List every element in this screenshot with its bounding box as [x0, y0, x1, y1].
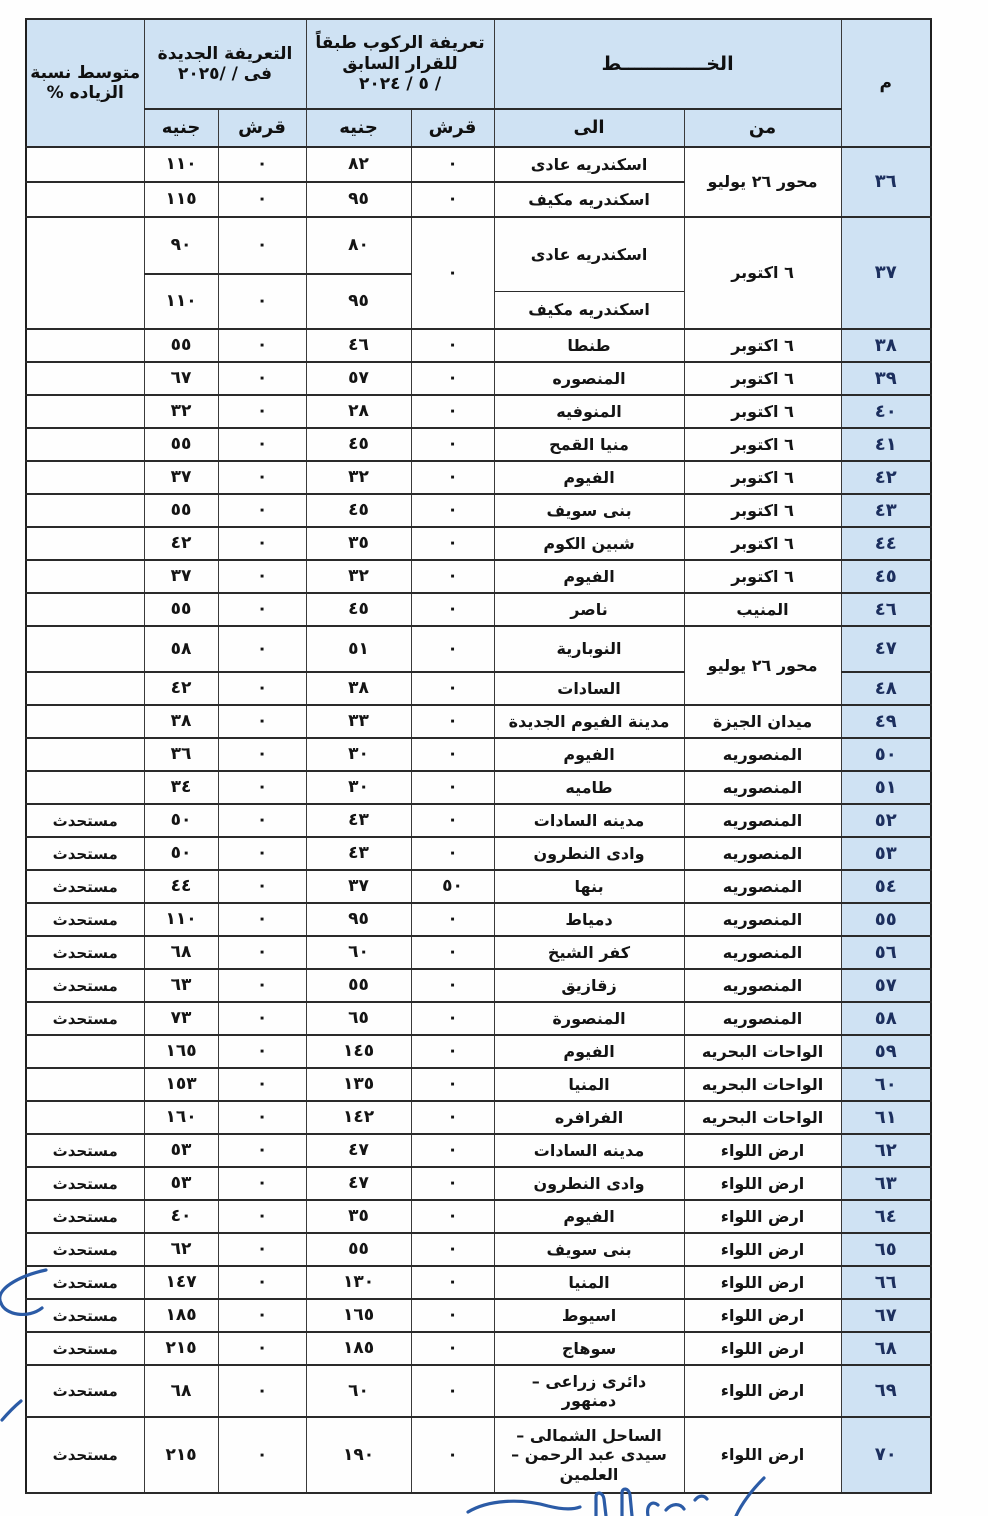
old-fare-pound-cell: ٣٠: [306, 738, 411, 771]
table-row: ٤٠٦ اكتوبرالمنوفيه٠٢٨٠٣٢: [26, 395, 931, 428]
old-fare-pound-cell: ١٤٥: [306, 1035, 411, 1068]
to-cell: كفر الشيخ: [494, 936, 684, 969]
from-cell: المنصوريه: [684, 903, 841, 936]
old-fare-qirsh-cell: ٠: [411, 1035, 494, 1068]
from-cell: ميدان الجيزة: [684, 705, 841, 738]
row-number-cell: ٦٢: [841, 1134, 931, 1167]
new-fare-pound-cell: ٤٢: [144, 672, 218, 705]
to-cell: شبين الكوم: [494, 527, 684, 560]
header-old-qirsh: قرش: [411, 109, 494, 147]
to-cell-line: الساحل الشمالى –: [497, 1426, 682, 1445]
new-fare-qirsh-cell: ٠: [218, 1101, 306, 1134]
new-fare-pound-cell: ٣٤: [144, 771, 218, 804]
old-fare-pound-cell: ٩٥: [306, 903, 411, 936]
table-row: ٦٤ارض اللواءالفيوم٠٣٥٠٤٠مستحدث: [26, 1200, 931, 1233]
table-row: ٥٧المنصوريهزقازيق٠٥٥٠٦٣مستحدث: [26, 969, 931, 1002]
old-fare-pound-cell: ٨٢: [306, 147, 411, 182]
row-number-cell: ٥١: [841, 771, 931, 804]
new-fare-pound-cell: ١٤٧: [144, 1266, 218, 1299]
old-fare-pound-cell: ٣٢: [306, 560, 411, 593]
from-cell: المنصوريه: [684, 837, 841, 870]
old-fare-pound-cell: ٣٣: [306, 705, 411, 738]
from-cell: ٦ اكتوبر: [684, 362, 841, 395]
new-fare-qirsh-cell: ٠: [218, 738, 306, 771]
old-fare-pound-cell: ٣٥: [306, 1200, 411, 1233]
table-row: ٥٢المنصوريهمدينه السادات٠٤٣٠٥٠مستحدث: [26, 804, 931, 837]
to-cell-line: سيدى عبد الرحمن –: [497, 1445, 682, 1464]
old-fare-pound-cell: ١٦٥: [306, 1299, 411, 1332]
new-fare-pound-cell: ١١٠: [144, 147, 218, 182]
old-fare-pound-cell: ١٩٠: [306, 1417, 411, 1493]
row-number-cell: ٥٧: [841, 969, 931, 1002]
from-cell: ٦ اكتوبر: [684, 461, 841, 494]
from-cell: الواحات البحريه: [684, 1101, 841, 1134]
pct-increase-cell: مستحدث: [26, 1200, 144, 1233]
header-new-fare-line1: التعريفة الجديدة: [147, 44, 304, 64]
row-number-cell: ٤٣: [841, 494, 931, 527]
new-fare-qirsh-cell: ٠: [218, 1233, 306, 1266]
from-cell: ٦ اكتوبر: [684, 329, 841, 362]
from-cell: ارض اللواء: [684, 1417, 841, 1493]
pct-increase-cell: [26, 527, 144, 560]
row-number-cell: ٤٦: [841, 593, 931, 626]
from-cell: ارض اللواء: [684, 1299, 841, 1332]
from-cell: ارض اللواء: [684, 1200, 841, 1233]
new-fare-pound-cell: ٣٢: [144, 395, 218, 428]
pct-increase-cell: مستحدث: [26, 936, 144, 969]
new-fare-pound-cell: ٤٤: [144, 870, 218, 903]
to-cell: المنصوره: [494, 362, 684, 395]
from-cell: الواحات البحريه: [684, 1068, 841, 1101]
old-fare-pound-cell: ٤٣: [306, 837, 411, 870]
new-fare-pound-cell: ٦٢: [144, 1233, 218, 1266]
header-old-fare: تعريفة الركوب طبقاً للقرار السابق / ٥ / …: [306, 19, 494, 109]
to-cell: الفيوم: [494, 1200, 684, 1233]
new-fare-qirsh-cell: ٠: [218, 182, 306, 217]
pct-increase-cell: مستحدث: [26, 1266, 144, 1299]
new-fare-qirsh-cell: ٠: [218, 1332, 306, 1365]
new-fare-pound-cell: ١١٠: [144, 274, 218, 329]
from-cell: المنصوريه: [684, 1002, 841, 1035]
row-number-cell: ٥٦: [841, 936, 931, 969]
row-number-cell: ٤٠: [841, 395, 931, 428]
to-cell-line: دائرى زراعى –: [497, 1372, 682, 1391]
table-row: ٣٨٦ اكتوبرطنطا٠٤٦٠٥٥: [26, 329, 931, 362]
to-cell: ناصر: [494, 593, 684, 626]
new-fare-pound-cell: ٣٧: [144, 461, 218, 494]
old-fare-pound-cell: ٤٧: [306, 1134, 411, 1167]
signature-stroke-5: [666, 1505, 684, 1510]
new-fare-qirsh-cell: ٠: [218, 593, 306, 626]
old-fare-pound-cell: ٦٠: [306, 936, 411, 969]
table-row: ٤٥٦ اكتوبرالفيوم٠٣٢٠٣٧: [26, 560, 931, 593]
row-number-cell: ٥٢: [841, 804, 931, 837]
old-fare-pound-cell: ١٣٥: [306, 1068, 411, 1101]
table-row: ٤٤٦ اكتوبرشبين الكوم٠٣٥٠٤٢: [26, 527, 931, 560]
new-fare-pound-cell: ٥٥: [144, 329, 218, 362]
old-fare-qirsh-cell: ٠: [411, 217, 494, 329]
new-fare-qirsh-cell: ٠: [218, 1365, 306, 1417]
table-row: ٤٧محور ٢٦ يوليوالنوبارية٠٥١٠٥٨: [26, 626, 931, 672]
old-fare-qirsh-cell: ٠: [411, 428, 494, 461]
row-number-cell: ٤٥: [841, 560, 931, 593]
pct-increase-cell: [26, 461, 144, 494]
row-number-cell: ٤٤: [841, 527, 931, 560]
new-fare-qirsh-cell: ٠: [218, 527, 306, 560]
new-fare-pound-cell: ٧٣: [144, 1002, 218, 1035]
row-number-cell: ٦٩: [841, 1365, 931, 1417]
row-number-cell: ٣٨: [841, 329, 931, 362]
row-number-cell: ٤١: [841, 428, 931, 461]
table-row: ٦١الواحات البحريهالفرافره٠١٤٢٠١٦٠: [26, 1101, 931, 1134]
old-fare-qirsh-cell: ٠: [411, 771, 494, 804]
row-number-cell: ٦٣: [841, 1167, 931, 1200]
old-fare-qirsh-cell: ٠: [411, 1101, 494, 1134]
new-fare-qirsh-cell: ٠: [218, 1417, 306, 1493]
new-fare-pound-cell: ١٨٥: [144, 1299, 218, 1332]
old-fare-qirsh-cell: ٠: [411, 362, 494, 395]
old-fare-qirsh-cell: ٠: [411, 1417, 494, 1493]
pct-increase-cell: مستحدث: [26, 1417, 144, 1493]
to-cell: المنيا: [494, 1068, 684, 1101]
row-number-cell: ٦١: [841, 1101, 931, 1134]
to-cell: المنوفيه: [494, 395, 684, 428]
old-fare-qirsh-cell: ٠: [411, 560, 494, 593]
signature-stroke-6: [695, 1496, 707, 1500]
new-fare-pound-cell: ٥٣: [144, 1134, 218, 1167]
header-line: الخـــــــــــــط: [494, 19, 841, 109]
table-body: ٣٦محور ٢٦ يوليواسكندريه عادى٠٨٢٠١١٠اسكند…: [26, 147, 931, 1493]
new-fare-qirsh-cell: ٠: [218, 1200, 306, 1233]
header-new-pound: جنيه: [144, 109, 218, 147]
from-cell: المنيب: [684, 593, 841, 626]
from-cell: ارض اللواء: [684, 1332, 841, 1365]
old-fare-qirsh-cell: ٠: [411, 1002, 494, 1035]
to-cell: مدينة الفيوم الجديدة: [494, 705, 684, 738]
row-number-cell: ٦٨: [841, 1332, 931, 1365]
to-cell: الساحل الشمالى –سيدى عبد الرحمن –العلمين: [494, 1417, 684, 1493]
table-row: ٤٢٦ اكتوبرالفيوم٠٣٢٠٣٧: [26, 461, 931, 494]
to-cell: وادى النطرون: [494, 837, 684, 870]
new-fare-qirsh-cell: ٠: [218, 903, 306, 936]
new-fare-qirsh-cell: ٠: [218, 217, 306, 274]
row-number-cell: ٥٠: [841, 738, 931, 771]
table-row: ٦٥ارض اللواءبنى سويف٠٥٥٠٦٢مستحدث: [26, 1233, 931, 1266]
pct-increase-cell: مستحدث: [26, 804, 144, 837]
old-fare-qirsh-cell: ٠: [411, 329, 494, 362]
pct-increase-cell: [26, 395, 144, 428]
header-pct-line1: متوسط نسبة: [29, 63, 142, 83]
row-number-cell: ٣٧: [841, 217, 931, 329]
pct-increase-cell: [26, 1101, 144, 1134]
new-fare-pound-cell: ٥٣: [144, 1167, 218, 1200]
new-fare-pound-cell: ٣٧: [144, 560, 218, 593]
to-cell: السادات: [494, 672, 684, 705]
from-cell: المنصوريه: [684, 969, 841, 1002]
from-cell: ارض اللواء: [684, 1365, 841, 1417]
old-fare-qirsh-cell: ٠: [411, 527, 494, 560]
new-fare-pound-cell: ٣٦: [144, 738, 218, 771]
row-number-cell: ٥٨: [841, 1002, 931, 1035]
table-row: ٥١المنصوريهطاميه٠٣٠٠٣٤: [26, 771, 931, 804]
row-number-cell: ٤٩: [841, 705, 931, 738]
scanned-document-page: م الخـــــــــــــط تعريفة الركوب طبقاً …: [0, 0, 988, 1516]
table-row: ٤١٦ اكتوبرمنيا القمح٠٤٥٠٥٥: [26, 428, 931, 461]
row-number-cell: ٥٣: [841, 837, 931, 870]
to-cell-line: دمنهور: [497, 1391, 682, 1410]
table-row: ٤٣٦ اكتوبربنى سويف٠٤٥٠٥٥: [26, 494, 931, 527]
from-cell: ٦ اكتوبر: [684, 560, 841, 593]
from-cell: ٦ اكتوبر: [684, 527, 841, 560]
new-fare-qirsh-cell: ٠: [218, 494, 306, 527]
pct-increase-cell: [26, 362, 144, 395]
old-fare-qirsh-cell: ٠: [411, 969, 494, 1002]
old-fare-pound-cell: ٣٥: [306, 527, 411, 560]
new-fare-qirsh-cell: ٠: [218, 1002, 306, 1035]
table-row: ٣٩٦ اكتوبرالمنصوره٠٥٧٠٦٧: [26, 362, 931, 395]
old-fare-qirsh-cell: ٠: [411, 395, 494, 428]
pct-increase-cell: [26, 560, 144, 593]
old-fare-qirsh-cell: ٠: [411, 593, 494, 626]
table-row: ٥٦المنصوريهكفر الشيخ٠٦٠٠٦٨مستحدث: [26, 936, 931, 969]
table-row: ٣٦محور ٢٦ يوليواسكندريه عادى٠٨٢٠١١٠: [26, 147, 931, 182]
row-number-cell: ٦٤: [841, 1200, 931, 1233]
from-cell: محور ٢٦ يوليو: [684, 626, 841, 705]
row-number-cell: ٦٥: [841, 1233, 931, 1266]
table-row: ٦٨ارض اللواءسوهاج٠١٨٥٠٢١٥مستحدث: [26, 1332, 931, 1365]
new-fare-pound-cell: ٩٠: [144, 217, 218, 274]
from-cell: المنصوريه: [684, 870, 841, 903]
new-fare-pound-cell: ١٦٠: [144, 1101, 218, 1134]
new-fare-qirsh-cell: ٠: [218, 672, 306, 705]
from-cell: ٦ اكتوبر: [684, 395, 841, 428]
from-cell: ارض اللواء: [684, 1266, 841, 1299]
old-fare-qirsh-cell: ٠: [411, 626, 494, 672]
new-fare-qirsh-cell: ٠: [218, 969, 306, 1002]
new-fare-pound-cell: ٥٥: [144, 428, 218, 461]
to-cell: زقازيق: [494, 969, 684, 1002]
new-fare-pound-cell: ٥٨: [144, 626, 218, 672]
to-sub-cell: اسكندريه عادى: [495, 219, 684, 292]
pct-increase-cell: [26, 217, 144, 329]
from-cell: المنصوريه: [684, 738, 841, 771]
header-old-fare-line3: / ٥ / ٢٠٢٤: [309, 74, 492, 94]
pct-increase-cell: [26, 494, 144, 527]
old-fare-qirsh-cell: ٠: [411, 1332, 494, 1365]
table-row: ٧٠ارض اللواءالساحل الشمالى –سيدى عبد الر…: [26, 1417, 931, 1493]
old-fare-pound-cell: ٩٥: [306, 274, 411, 329]
old-fare-qirsh-cell: ٠: [411, 804, 494, 837]
old-fare-qirsh-cell: ٠: [411, 705, 494, 738]
pct-increase-cell: مستحدث: [26, 870, 144, 903]
table-header: م الخـــــــــــــط تعريفة الركوب طبقاً …: [26, 19, 931, 147]
old-fare-pound-cell: ٤٧: [306, 1167, 411, 1200]
new-fare-qirsh-cell: ٠: [218, 804, 306, 837]
new-fare-qirsh-cell: ٠: [218, 626, 306, 672]
row-number-cell: ٤٧: [841, 626, 931, 672]
new-fare-pound-cell: ٤٢: [144, 527, 218, 560]
from-cell: ٦ اكتوبر: [684, 428, 841, 461]
pct-increase-cell: [26, 738, 144, 771]
table-row: ٦٦ارض اللواءالمنيا٠١٣٠٠١٤٧مستحدث: [26, 1266, 931, 1299]
new-fare-pound-cell: ٦٧: [144, 362, 218, 395]
fare-table: م الخـــــــــــــط تعريفة الركوب طبقاً …: [25, 18, 932, 1494]
old-fare-qirsh-cell: ٠: [411, 936, 494, 969]
new-fare-pound-cell: ٥٠: [144, 837, 218, 870]
old-fare-pound-cell: ٤٥: [306, 428, 411, 461]
from-cell: المنصوريه: [684, 936, 841, 969]
old-fare-pound-cell: ٤٥: [306, 593, 411, 626]
header-num: م: [841, 19, 931, 147]
table-row: ٥٥المنصوريهدمياط٠٩٥٠١١٠مستحدث: [26, 903, 931, 936]
pct-increase-cell: مستحدث: [26, 837, 144, 870]
to-cell: اسكندريه مكيف: [494, 182, 684, 217]
to-cell: طاميه: [494, 771, 684, 804]
pct-increase-cell: مستحدث: [26, 1233, 144, 1266]
pct-increase-cell: [26, 705, 144, 738]
old-fare-pound-cell: ٥١: [306, 626, 411, 672]
old-fare-qirsh-cell: ٠: [411, 837, 494, 870]
from-cell: ٦ اكتوبر: [684, 217, 841, 329]
old-fare-pound-cell: ٣٠: [306, 771, 411, 804]
table-row: ٥٩الواحات البحريهالفيوم٠١٤٥٠١٦٥: [26, 1035, 931, 1068]
from-cell: المنصوريه: [684, 771, 841, 804]
old-fare-qirsh-cell: ٠: [411, 738, 494, 771]
pct-increase-cell: مستحدث: [26, 1332, 144, 1365]
to-cell: الفيوم: [494, 738, 684, 771]
from-cell: ارض اللواء: [684, 1134, 841, 1167]
from-cell: الواحات البحريه: [684, 1035, 841, 1068]
header-pct-line2: الزياده %: [29, 83, 142, 103]
pct-increase-cell: مستحدث: [26, 1299, 144, 1332]
to-cell: سوهاج: [494, 1332, 684, 1365]
pct-increase-cell: مستحدث: [26, 1167, 144, 1200]
pct-increase-cell: [26, 626, 144, 672]
table-row: ٤٦المنيبناصر٠٤٥٠٥٥: [26, 593, 931, 626]
old-fare-pound-cell: ٥٧: [306, 362, 411, 395]
table-row: ٥٣المنصوريهوادى النطرون٠٤٣٠٥٠مستحدث: [26, 837, 931, 870]
row-number-cell: ٥٤: [841, 870, 931, 903]
to-cell: طنطا: [494, 329, 684, 362]
old-fare-pound-cell: ٤٦: [306, 329, 411, 362]
new-fare-pound-cell: ٢١٥: [144, 1332, 218, 1365]
header-old-pound: جنيه: [306, 109, 411, 147]
old-fare-pound-cell: ٤٣: [306, 804, 411, 837]
new-fare-qirsh-cell: ٠: [218, 837, 306, 870]
table-row: ٦٠الواحات البحريهالمنيا٠١٣٥٠١٥٣: [26, 1068, 931, 1101]
new-fare-qirsh-cell: ٠: [218, 147, 306, 182]
signature-stroke-1: [468, 1501, 580, 1512]
new-fare-qirsh-cell: ٠: [218, 1266, 306, 1299]
to-cell: وادى النطرون: [494, 1167, 684, 1200]
new-fare-pound-cell: ٥٥: [144, 593, 218, 626]
table-row: ٦٧ارض اللواءاسيوط٠١٦٥٠١٨٥مستحدث: [26, 1299, 931, 1332]
header-new-fare: التعريفة الجديدة فى / /٢٠٢٥: [144, 19, 306, 109]
from-cell: ارض اللواء: [684, 1233, 841, 1266]
table-row: ٥٨المنصوريهالمنصورة٠٦٥٠٧٣مستحدث: [26, 1002, 931, 1035]
old-fare-pound-cell: ٦٠: [306, 1365, 411, 1417]
new-fare-qirsh-cell: ٠: [218, 274, 306, 329]
old-fare-qirsh-cell: ٠: [411, 1299, 494, 1332]
old-fare-pound-cell: ١٤٢: [306, 1101, 411, 1134]
to-cell: الفيوم: [494, 560, 684, 593]
pct-increase-cell: [26, 771, 144, 804]
row-number-cell: ٤٢: [841, 461, 931, 494]
table-row: ٦٢ارض اللواءمدينه السادات٠٤٧٠٥٣مستحدث: [26, 1134, 931, 1167]
old-fare-qirsh-cell: ٠: [411, 1068, 494, 1101]
pct-increase-cell: [26, 182, 144, 217]
new-fare-pound-cell: ٦٨: [144, 1365, 218, 1417]
old-fare-qirsh-cell: ٠: [411, 1365, 494, 1417]
header-new-fare-line2: فى / /٢٠٢٥: [147, 64, 304, 84]
row-number-cell: ٤٨: [841, 672, 931, 705]
table-row: ٦٣ارض اللواءوادى النطرون٠٤٧٠٥٣مستحدث: [26, 1167, 931, 1200]
from-cell: ارض اللواء: [684, 1167, 841, 1200]
old-fare-qirsh-cell: ٠: [411, 1134, 494, 1167]
pct-increase-cell: مستحدث: [26, 1365, 144, 1417]
pct-increase-cell: [26, 428, 144, 461]
pct-increase-cell: مستحدث: [26, 1002, 144, 1035]
old-fare-pound-cell: ١٨٥: [306, 1332, 411, 1365]
from-cell: محور ٢٦ يوليو: [684, 147, 841, 217]
old-fare-pound-cell: ٤٥: [306, 494, 411, 527]
old-fare-qirsh-cell: ٠: [411, 494, 494, 527]
to-cell: بنها: [494, 870, 684, 903]
new-fare-pound-cell: ١٥٣: [144, 1068, 218, 1101]
signature-stroke-2: [596, 1493, 606, 1516]
pct-increase-cell: مستحدث: [26, 1134, 144, 1167]
pct-increase-cell: [26, 147, 144, 182]
to-sub-cell: اسكندريه مكيف: [495, 292, 684, 328]
row-number-cell: ٣٦: [841, 147, 931, 217]
to-cell: اسيوط: [494, 1299, 684, 1332]
old-fare-qirsh-cell: ٠: [411, 461, 494, 494]
to-cell: مدينه السادات: [494, 1134, 684, 1167]
to-cell: منيا القمح: [494, 428, 684, 461]
header-new-qirsh: قرش: [218, 109, 306, 147]
to-cell: الفرافره: [494, 1101, 684, 1134]
pct-increase-cell: [26, 593, 144, 626]
new-fare-qirsh-cell: ٠: [218, 1134, 306, 1167]
new-fare-qirsh-cell: ٠: [218, 870, 306, 903]
new-fare-pound-cell: ٦٣: [144, 969, 218, 1002]
new-fare-pound-cell: ٣٨: [144, 705, 218, 738]
header-old-fare-line2: للقرار السابق: [309, 54, 492, 74]
header-to: الى: [494, 109, 684, 147]
to-cell-line: العلمين: [497, 1465, 682, 1484]
row-number-cell: ٦٠: [841, 1068, 931, 1101]
pct-increase-cell: [26, 672, 144, 705]
to-cell: النوبارية: [494, 626, 684, 672]
new-fare-qirsh-cell: ٠: [218, 395, 306, 428]
new-fare-pound-cell: ١١٥: [144, 182, 218, 217]
to-cell: الفيوم: [494, 461, 684, 494]
old-fare-pound-cell: ٥٥: [306, 969, 411, 1002]
pct-increase-cell: مستحدث: [26, 969, 144, 1002]
row-number-cell: ٥٩: [841, 1035, 931, 1068]
new-fare-pound-cell: ٥٠: [144, 804, 218, 837]
old-fare-qirsh-cell: ٥٠: [411, 870, 494, 903]
old-fare-qirsh-cell: ٠: [411, 1233, 494, 1266]
new-fare-pound-cell: ٢١٥: [144, 1417, 218, 1493]
new-fare-qirsh-cell: ٠: [218, 1068, 306, 1101]
to-cell: بنى سويف: [494, 1233, 684, 1266]
to-cell: بنى سويف: [494, 494, 684, 527]
to-cell: دمياط: [494, 903, 684, 936]
new-fare-qirsh-cell: ٠: [218, 705, 306, 738]
new-fare-qirsh-cell: ٠: [218, 428, 306, 461]
to-cell: الفيوم: [494, 1035, 684, 1068]
